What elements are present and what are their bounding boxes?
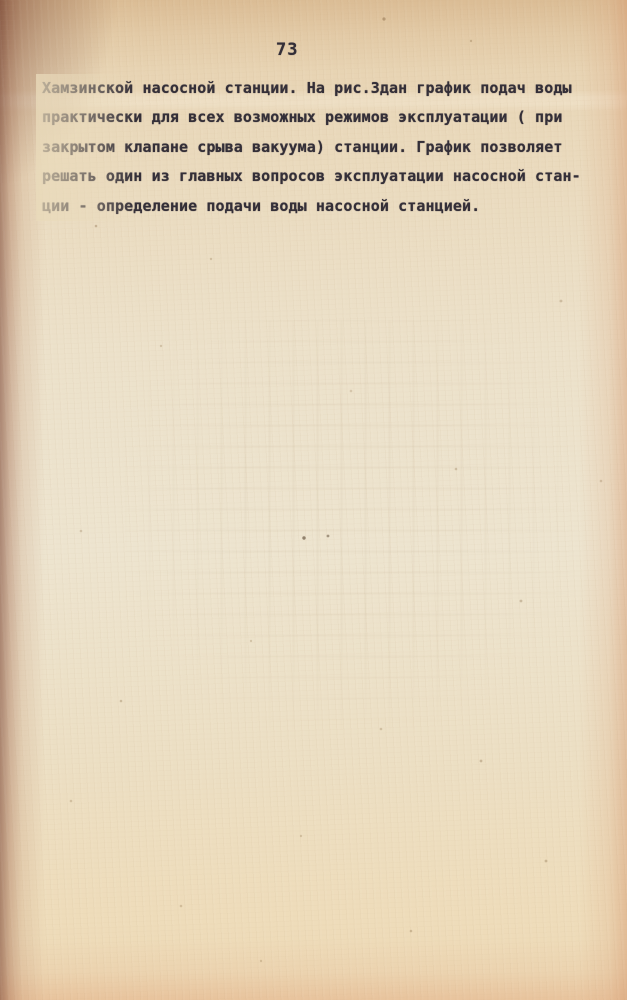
page-number: 73 — [276, 40, 298, 60]
text-line-4: решать один из главных вопросов эксплуат… — [42, 162, 587, 191]
body-text-block: Хамзинской насосной станции. На рис.3дан… — [42, 74, 587, 221]
text-line-5: ции - определение подачи воды насосной с… — [42, 192, 587, 221]
text-line-2: практически для всех возможных режимов э… — [42, 103, 587, 132]
text-line-3: закрытом клапане срыва вакуума) станции.… — [42, 133, 587, 162]
text-line-1: Хамзинской насосной станции. На рис.3дан… — [42, 74, 587, 103]
reverse-side-grid-bleedthrough — [125, 320, 575, 730]
scanned-document-page: 73 Хамзинской насосной станции. На рис.3… — [0, 0, 627, 1000]
